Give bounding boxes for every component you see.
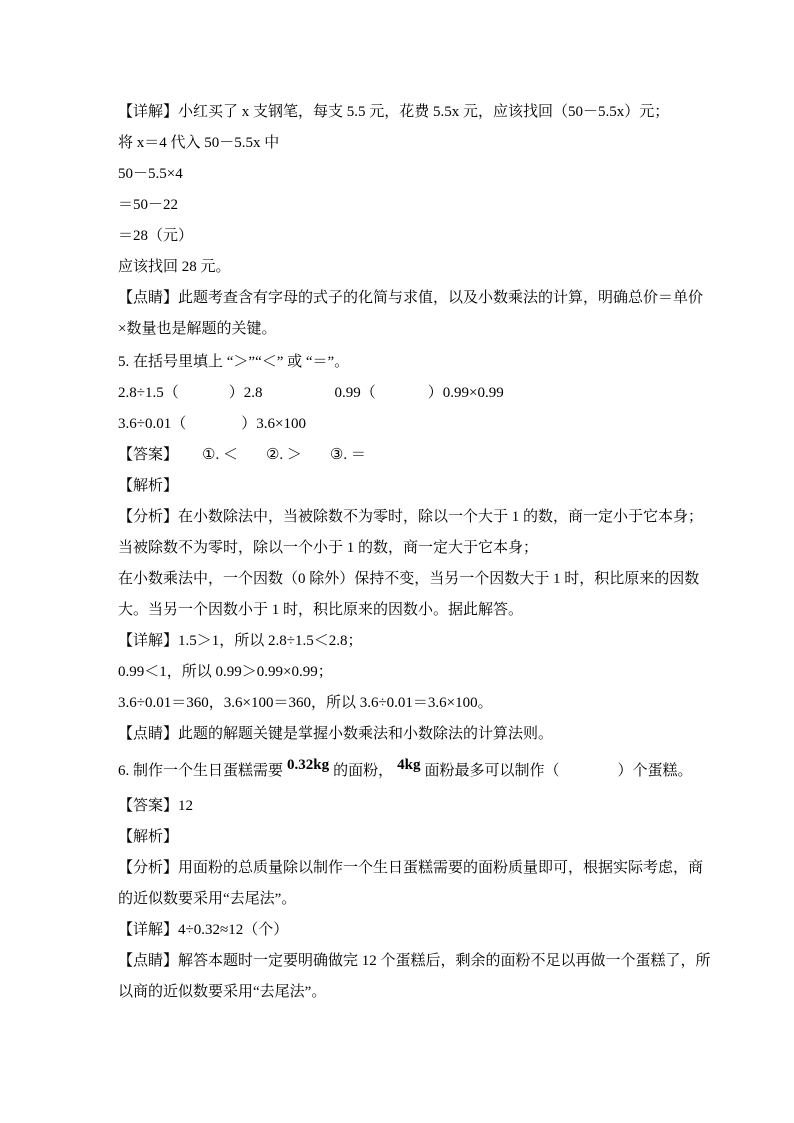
q4-detail-line: ＝50－22 <box>118 190 698 221</box>
q5-row1-expr-left: 2.8÷1.5（ <box>118 385 179 401</box>
q5-blank-row-1: 2.8÷1.5（）2.80.99（）0.99×0.99 <box>118 378 698 409</box>
q5-row2-expr-left: 3.6÷0.01（ <box>118 416 186 432</box>
q4-detail-line: ＝28（元） <box>118 221 698 252</box>
q5-blank-row-2: 3.6÷0.01（）3.6×100 <box>118 409 698 440</box>
q6-question-stem: 6. 制作一个生日蛋糕需要0.32kg的面粉，4kg面粉最多可以制作（）个蛋糕。 <box>118 756 698 787</box>
q5-answer-item: ①. ＜ <box>202 447 238 463</box>
q5-analysis-line: 当被除数不为零时，除以一个小于 1 的数，商一定大于它本身； <box>118 533 698 564</box>
q6-analysis-line: 【分析】用面粉的总质量除以制作一个生日蛋糕需要的面粉质量即可，根据实际考虑，商 <box>118 853 698 884</box>
q6-kg-value-2: 4kg <box>397 757 420 773</box>
q4-detail-line: 50－5.5×4 <box>118 159 698 190</box>
q5-answer-item: ③. ＝ <box>330 447 366 463</box>
q6-note-line: 【点睛】解答本题时一定要明确做完 12 个蛋糕后，剩余的面粉不足以再做一个蛋糕了… <box>118 946 698 977</box>
q6-note-line: 以商的近似数要采用“去尾法”。 <box>118 977 698 1008</box>
q6-stem-text: ）个蛋糕。 <box>617 763 692 779</box>
q6-stem-text: 面粉最多可以制作（ <box>424 763 559 779</box>
q5-detail-line: 0.99＜1，所以 0.99＞0.99×0.99； <box>118 657 698 688</box>
q5-analysis-line: 大。当另一个因数小于 1 时，积比原来的因数小。据此解答。 <box>118 595 698 626</box>
q5-row2-expr-right: ）3.6×100 <box>241 416 306 432</box>
q5-detail-line: 【详解】1.5＞1，所以 2.8÷1.5＜2.8； <box>118 626 698 657</box>
q4-note-line: ×数量也是解题的关键。 <box>118 314 698 345</box>
q4-detail-line: 应该找回 28 元。 <box>118 252 698 283</box>
q5-analysis-line: 在小数乘法中，一个因数（0 除外）保持不变，当另一个因数大于 1 时，积比原来的… <box>118 564 698 595</box>
q5-analysis-heading: 【解析】 <box>118 471 698 502</box>
q6-detail-line: 【详解】4÷0.32≈12（个） <box>118 915 698 946</box>
q5-detail-line: 3.6÷0.01＝360，3.6×100＝360，所以 3.6÷0.01＝3.6… <box>118 688 698 719</box>
q5-answer-row: 【答案】①. ＜②. ＞③. ＝ <box>118 440 698 471</box>
q5-row1-expr2-left: 0.99（ <box>335 385 376 401</box>
q5-analysis-line: 【分析】在小数除法中，当被除数不为零时，除以一个大于 1 的数，商一定小于它本身… <box>118 502 698 533</box>
q6-analysis-line: 的近似数要采用“去尾法”。 <box>118 884 698 915</box>
q5-note-line: 【点睛】此题的解题关键是掌握小数乘法和小数除法的计算法则。 <box>118 719 698 750</box>
q5-row1-expr2-right: ）0.99×0.99 <box>428 385 504 401</box>
q4-detail-line: 【详解】小红买了 x 支钢笔，每支 5.5 元，花费 5.5x 元，应该找回（5… <box>118 97 698 128</box>
q5-question-title: 5. 在括号里填上 “＞”“＜” 或 “＝”。 <box>118 347 698 378</box>
q5-answer-item: ②. ＞ <box>266 447 302 463</box>
q6-kg-value-1: 0.32kg <box>287 757 329 773</box>
q5-answer-label: 【答案】 <box>118 447 178 463</box>
q6-analysis-heading: 【解析】 <box>118 822 698 853</box>
q6-stem-text: 的面粉， <box>333 763 393 779</box>
worksheet-page: 【详解】小红买了 x 支钢笔，每支 5.5 元，花费 5.5x 元，应该找回（5… <box>0 0 794 1123</box>
q4-detail-line: 将 x＝4 代入 50－5.5x 中 <box>118 128 698 159</box>
q6-stem-text: 6. 制作一个生日蛋糕需要 <box>118 763 283 779</box>
q4-note-line: 【点睛】此题考查含有字母的式子的化简与求值，以及小数乘法的计算，明确总价＝单价 <box>118 283 698 314</box>
q6-answer-line: 【答案】12 <box>118 791 698 822</box>
q5-row1-expr-right: ）2.8 <box>229 385 263 401</box>
